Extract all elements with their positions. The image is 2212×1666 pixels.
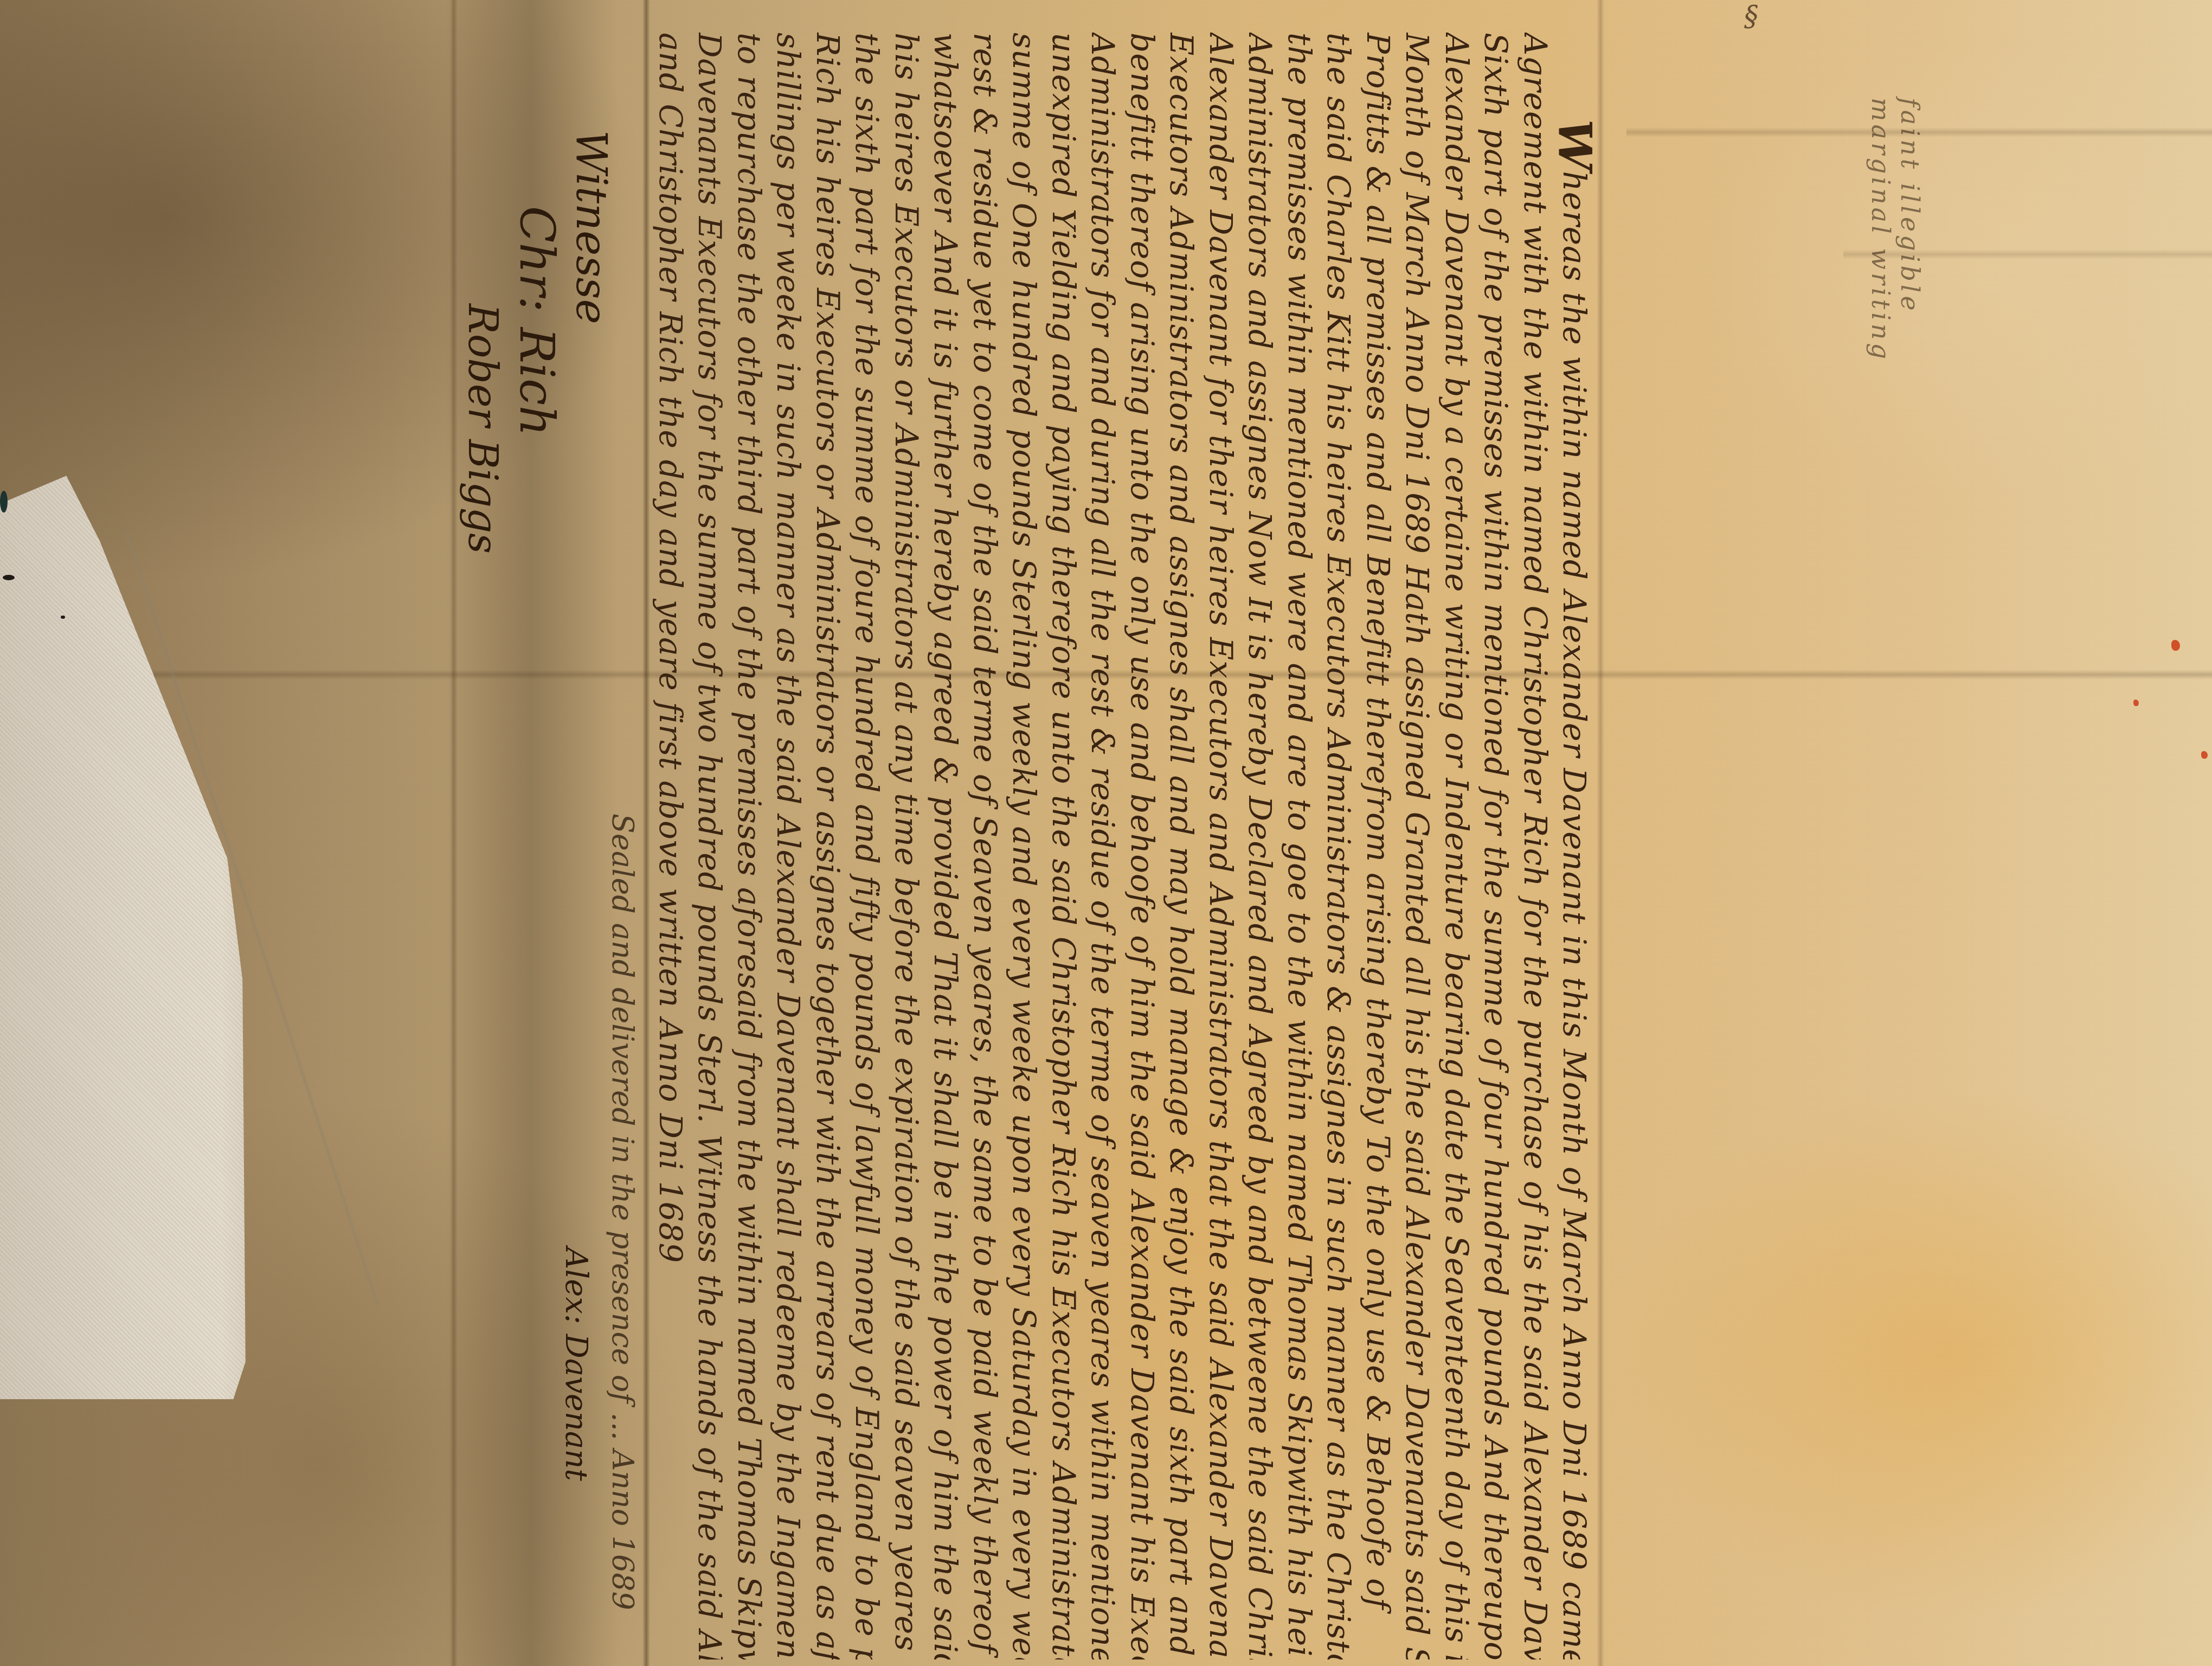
deed-line: Rich his heires Executors or Administrat… xyxy=(808,33,847,1659)
pillow-stain xyxy=(3,575,15,580)
deed-line: summe of One hundred pounds Sterling wee… xyxy=(1005,33,1044,1659)
deed-line: Month of March Anno Dni 1689 Hath assign… xyxy=(1398,33,1437,1659)
deed-line: to repurchase the other third part of th… xyxy=(729,33,769,1659)
deed-line: Whereas the within named Alexander Daven… xyxy=(1555,33,1594,1659)
deed-line: rest & residue yet to come of the said t… xyxy=(965,33,1005,1659)
red-wax-speck xyxy=(2171,640,2180,651)
party-signature: Alex: Davenant xyxy=(545,1247,594,1627)
deed-line: Davenants Executors for the summe of two… xyxy=(690,33,730,1659)
deed-line: Administrators for and during all the re… xyxy=(1083,33,1123,1659)
deed-line: unexpired Yielding and paying therefore … xyxy=(1044,33,1083,1659)
witness-signature: Rober Biggs xyxy=(455,98,510,911)
deed-line: the sixth part for the summe of foure hu… xyxy=(847,33,887,1659)
pillow-stain xyxy=(0,491,8,512)
deed-line: whatsoever And it is further hereby agre… xyxy=(926,33,966,1659)
deed-line: the said Charles Kitt his heires Executo… xyxy=(1319,33,1359,1659)
deed-line: his heires Executors or Administrators a… xyxy=(886,33,926,1659)
deed-line: the premisses within mentioned were and … xyxy=(1279,33,1319,1659)
margin-note: faint illegible marginal writing xyxy=(1860,98,1925,423)
witness-label: Witnesse xyxy=(564,98,618,911)
vertical-fold-crease xyxy=(1597,0,1604,1666)
deed-line: Alexander Davenant for their heires Exec… xyxy=(1201,33,1240,1659)
witness-signature: Chr: Rich xyxy=(510,98,564,911)
deed-line: Sixth part of the premisses within menti… xyxy=(1476,33,1516,1659)
deed-line: benefitt thereof arising unto the only u… xyxy=(1122,33,1162,1659)
deed-line: Profitts & all premisses and all Benefit… xyxy=(1358,33,1398,1659)
corner-mark: § xyxy=(1735,0,1767,33)
red-wax-speck xyxy=(2201,751,2208,759)
endorsement-line: Sealed and delivered in the presence of … xyxy=(596,813,640,1627)
witness-block: Witnesse Chr: Rich Rober Biggs xyxy=(466,98,618,911)
deed-line: Agreement with the within named Christop… xyxy=(1515,33,1555,1659)
deed-text-block: Whereas the within named Alexander Daven… xyxy=(629,33,1594,1659)
deed-line: Alexander Davenant by a certaine writing… xyxy=(1437,33,1476,1659)
red-wax-speck xyxy=(2133,700,2139,706)
deed-line: and Christopher Rich the day and yeare f… xyxy=(651,33,690,1659)
deed-line: Executors Administrators and assignes sh… xyxy=(1162,33,1201,1659)
deed-line: shillings per weeke in such manner as th… xyxy=(769,33,808,1659)
deed-line: Administrators and assignes Now It is he… xyxy=(1240,33,1280,1659)
pillow-stain xyxy=(61,616,65,619)
